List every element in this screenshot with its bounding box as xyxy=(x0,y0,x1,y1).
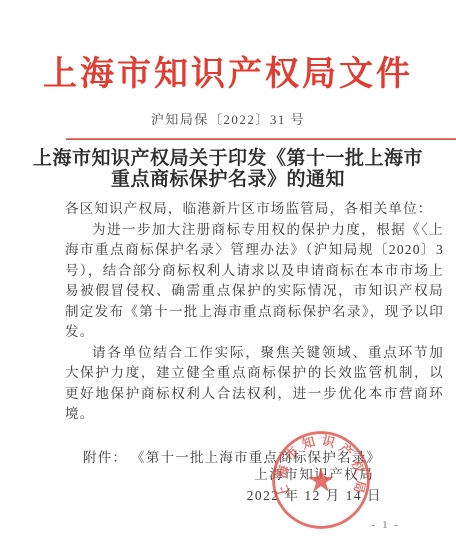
attachment-title: 《第十一批上海市重点商标保护名录》 xyxy=(138,450,381,465)
page-number: - 1 - xyxy=(372,519,400,531)
letterhead-divider xyxy=(66,138,456,140)
body-paragraph-2: 请各单位结合工作实际，聚焦关键领域、重点环节加大保护力度，建立健全重点商标保护的… xyxy=(65,343,444,425)
signature-agency: 上海市知识产权局 xyxy=(247,464,382,485)
signature-date: 2022 年 12 月 14 日 xyxy=(247,485,382,506)
salutation-line: 各区知识产权局，临港新片区市场监管局，各相关单位： xyxy=(65,199,444,220)
document-number: 沪知局保〔2022〕31 号 xyxy=(0,109,456,128)
attachment-line: 附件：《第十一批上海市重点商标保护名录》 xyxy=(83,446,444,466)
document-title-line-2: 重点商标保护名录》的通知 xyxy=(0,169,456,190)
attachment-label: 附件： xyxy=(83,450,127,465)
body-paragraph-1: 为进一步加大注册商标专用权的保护力度，根据《〈上海市重点商标保护名录〉管理办法》… xyxy=(65,220,444,343)
scanned-document-page: 上海市知识产权局文件 沪知局保〔2022〕31 号 上海市知识产权局关于印发《第… xyxy=(0,0,456,553)
document-body: 各区知识产权局，临港新片区市场监管局，各相关单位： 为进一步加大注册商标专用权的… xyxy=(65,199,444,425)
letterhead-agency-title: 上海市知识产权局文件 xyxy=(0,0,456,95)
signature-block: 上海市知识产权局 2022 年 12 月 14 日 xyxy=(247,464,382,506)
document-title: 上海市知识产权局关于印发《第十一批上海市 重点商标保护名录》的通知 xyxy=(0,148,456,190)
document-title-line-1: 上海市知识产权局关于印发《第十一批上海市 xyxy=(0,148,456,169)
